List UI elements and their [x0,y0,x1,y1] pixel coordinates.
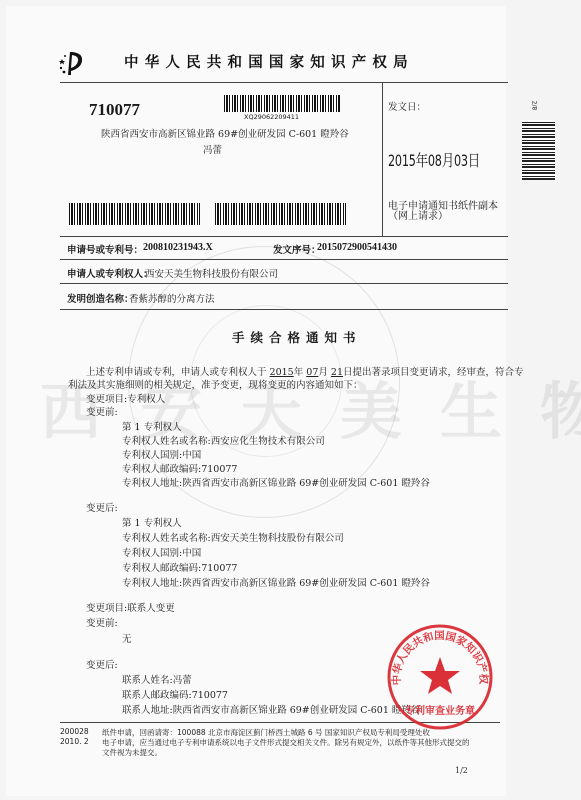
dispatch-date-label: 发文日： [388,99,426,113]
recipient-address: 陕西省西安市高新区锦业路 69#创业研发园 C-601 瞪羚谷 [101,126,349,140]
notice-intro: 上述专利申请或专利，申请人或专利权人于 2015年 07月 21日提出著录项目变… [86,364,524,378]
recipient-name: 冯蕾 [203,142,222,156]
agency-name: 中华人民共和国国家知识产权局 [124,51,414,72]
header-rule [60,82,508,83]
change-1-after-line: 专利权人国别:中国 [122,545,201,559]
serial-label: 发文序号： [273,242,321,256]
info-rule-1 [60,236,508,237]
barcode-right [215,203,346,225]
recipient-postal-code: 710077 [89,100,140,120]
notice-title: 手续合格通知书 [232,328,362,346]
change-1-after-line: 专利权人地址:陕西省西安市高新区锦业路 69#创业研发园 C-601 瞪羚谷 [122,575,430,589]
change-item-1: 变更项目:专利权人 [86,391,165,405]
change-2-after-line: 联系人姓名:冯蕾 [122,672,192,686]
info-rule-3 [60,283,508,284]
change-1-after-line: 第 1 专利权人 [122,515,182,529]
form-date: 2010. 2 [60,737,89,746]
serial-no: 2015072900541430 [317,242,397,253]
invention-label: 发明创造名称： [67,291,134,305]
mail-barcode [224,95,340,112]
seal-bottom-text: 专利审查业务章 [405,704,475,717]
barcode-left [69,203,200,225]
applicant-name: 西安天美生物科技股份有限公司 [145,266,278,280]
app-no-label: 申请号或专利号： [67,242,143,256]
change-2-before-line: 无 [122,631,132,645]
change-1-before-line: 第 1 专利权人 [122,419,182,433]
dispatch-date: 2015年08月03日 [388,148,480,171]
intro-text-post: 日提出著录项目变更请求，经审查，符合专 [343,367,524,378]
info-rule-2 [60,259,508,260]
app-no: 200810231943.X [143,242,213,253]
change-1-after-label: 变更后: [86,500,118,514]
change-1-after-line: 专利权人姓名或名称:西安天美生物科技股份有限公司 [122,530,344,544]
side-barcode [522,120,555,180]
page-number: 1/2 [455,766,468,775]
header-divider [382,82,383,236]
change-2-after-line: 联系人邮政编码:710077 [122,687,228,701]
change-item-2: 变更项目:联系人变更 [86,600,175,614]
invention-title: 香紫苏醇的分离方法 [129,291,215,305]
info-rule-4 [60,309,508,310]
notice-intro-line2: 利法及其实施细则的相关规定，准予变更，现将变更的内容通知如下： [68,377,363,391]
barcode-text: XQ29062209411 [244,113,299,121]
applicant-label: 申请人或专利权人： [67,266,153,280]
side-code: 2/8 [530,101,537,111]
change-1-before-line: 专利权人邮政编码:710077 [122,461,237,475]
change-1-before-line: 专利权人地址:陕西省西安市高新区锦业路 69#创业研发园 C-601 瞪羚谷 [122,475,430,489]
copy-note: 电子申请通知书纸件副本（网上请求） [388,202,498,222]
form-code: 200028 [60,727,89,736]
change-1-after-line: 专利权人邮政编码:710077 [122,560,237,574]
cnipa-logo-icon [58,49,84,77]
change-2-before-label: 变更前: [86,615,118,629]
change-2-after-line: 联系人地址:陕西省西安市高新区锦业路 69#创业研发园 C-601 瞪羚谷 [122,702,420,716]
official-seal-icon: 中华人民共和国国家知识产权局 专利审查业务章 [385,622,495,732]
change-2-after-label: 变更后: [86,657,118,671]
footer-line-3: 文件视为未提交。 [102,747,162,758]
change-1-before-line: 专利权人国别:中国 [122,447,201,461]
change-1-before-line: 专利权人姓名或名称:西安应化生物技术有限公司 [122,433,325,447]
change-1-before-label: 变更前: [86,404,118,418]
